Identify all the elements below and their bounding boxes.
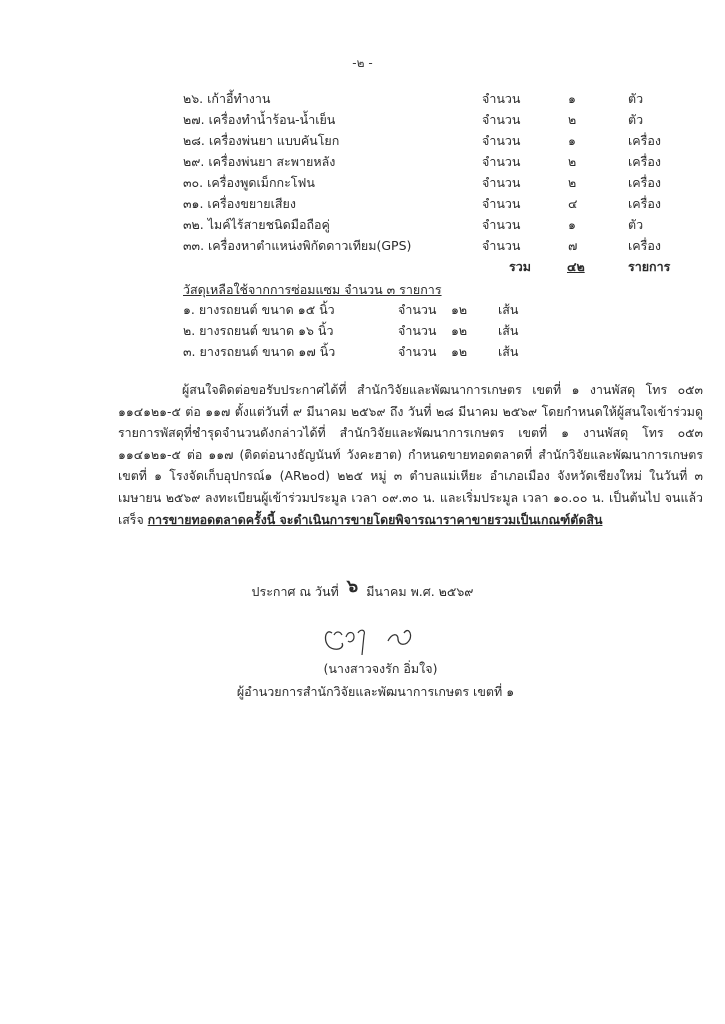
item-qty: ๒ <box>568 110 576 130</box>
item-qty-label: จำนวน <box>482 89 520 109</box>
item-unit: เครื่อง <box>628 131 661 151</box>
item-name: ๒๗. เครื่องทำน้ำร้อน-น้ำเย็น <box>183 110 335 130</box>
total-unit: รายการ <box>628 257 670 277</box>
document-page: -๒ - ๒๖. เก้าอี้ทำงาน จำนวน ๑ ตัว ๒๗. เค… <box>0 0 725 1024</box>
announce-suffix: มีนาคม พ.ศ. ๒๕๖๙ <box>366 584 473 599</box>
scrap-qty: ๑๒ <box>451 342 467 362</box>
scrap-heading: วัสดุเหลือใช้จากการซ่อมแซม จำนวน ๓ รายกา… <box>183 280 442 300</box>
signer-title: ผู้อำนวยการสำนักวิจัยและพัฒนาการเกษตร เข… <box>0 682 725 702</box>
scrap-unit: เส้น <box>498 342 518 362</box>
item-qty-label: จำนวน <box>482 152 520 172</box>
list-item: ๓. ยางรถยนต์ ขนาด ๑๗ นิ้ว จำนวน ๑๒ เส้น <box>183 342 543 362</box>
item-qty-label: จำนวน <box>482 215 520 235</box>
list-item: ๓๓. เครื่องหาตำแหน่งพิกัดดาวเทียม(GPS) จ… <box>183 236 703 256</box>
item-qty-label: จำนวน <box>482 236 520 256</box>
list-item: ๒๗. เครื่องทำน้ำร้อน-น้ำเย็น จำนวน ๒ ตัว <box>183 110 703 130</box>
page-number: -๒ - <box>0 54 725 73</box>
scrap-item-name: ๑. ยางรถยนต์ ขนาด ๑๕ นิ้ว <box>183 300 335 320</box>
item-qty: ๒ <box>568 152 576 172</box>
signature-icon <box>318 617 428 657</box>
item-qty-label: จำนวน <box>482 131 520 151</box>
item-qty: ๑ <box>568 131 576 151</box>
announce-day: ๖ <box>347 576 358 597</box>
item-qty-label: จำนวน <box>482 173 520 193</box>
item-name: ๓๐. เครื่องพูดเม็กกะโฟน <box>183 173 315 193</box>
signer-name: (นางสาวจงรัก อิ่มใจ) <box>0 659 725 679</box>
item-unit: เครื่อง <box>628 173 661 193</box>
item-qty-label: จำนวน <box>482 110 520 130</box>
item-qty: ๗ <box>568 236 577 256</box>
scrap-qty-label: จำนวน <box>398 321 436 341</box>
announce-prefix: ประกาศ ณ วันที่ <box>252 584 339 599</box>
item-qty: ๒ <box>568 173 576 193</box>
item-name: ๓๒. ไมค์ไร้สายชนิดมือถือคู่ <box>183 215 330 235</box>
list-item: ๑. ยางรถยนต์ ขนาด ๑๕ นิ้ว จำนวน ๑๒ เส้น <box>183 300 543 320</box>
scrap-qty-label: จำนวน <box>398 342 436 362</box>
item-qty: ๔ <box>568 194 577 214</box>
item-name: ๒๘. เครื่องพ่นยา แบบคันโยก <box>183 131 339 151</box>
scrap-unit: เส้น <box>498 321 518 341</box>
item-qty: ๑ <box>568 89 576 109</box>
scrap-item-name: ๓. ยางรถยนต์ ขนาด ๑๗ นิ้ว <box>183 342 335 362</box>
total-row: รวม ๔๒ รายการ <box>183 257 703 277</box>
item-qty: ๑ <box>568 215 576 235</box>
paragraph-emphasis: การขายทอดตลาดครั้งนี้ จะดำเนินการขายโดยพ… <box>148 512 603 527</box>
item-name: ๒๙. เครื่องพ่นยา สะพายหลัง <box>183 152 335 172</box>
scrap-unit: เส้น <box>498 300 518 320</box>
announcement-date-line: ประกาศ ณ วันที่ ๖ มีนาคม พ.ศ. ๒๕๖๙ <box>0 575 725 604</box>
paragraph-body: ผู้สนใจติดต่อขอรับประกาศได้ที่ สำนักวิจั… <box>118 382 703 527</box>
item-unit: ตัว <box>628 110 643 130</box>
announcement-paragraph: ผู้สนใจติดต่อขอรับประกาศได้ที่ สำนักวิจั… <box>118 379 703 530</box>
scrap-qty: ๑๒ <box>451 321 467 341</box>
total-label: รวม <box>509 257 531 277</box>
scrap-qty-label: จำนวน <box>398 300 436 320</box>
list-item: ๒. ยางรถยนต์ ขนาด ๑๖ นิ้ว จำนวน ๑๒ เส้น <box>183 321 543 341</box>
list-item: ๒๘. เครื่องพ่นยา แบบคันโยก จำนวน ๑ เครื่… <box>183 131 703 151</box>
item-unit: เครื่อง <box>628 194 661 214</box>
scrap-qty: ๑๒ <box>451 300 467 320</box>
item-qty-label: จำนวน <box>482 194 520 214</box>
list-item: ๓๑. เครื่องขยายเสียง จำนวน ๔ เครื่อง <box>183 194 703 214</box>
scrap-item-name: ๒. ยางรถยนต์ ขนาด ๑๖ นิ้ว <box>183 321 333 341</box>
item-name: ๒๖. เก้าอี้ทำงาน <box>183 89 270 109</box>
item-unit: เครื่อง <box>628 236 661 256</box>
list-item: ๓๐. เครื่องพูดเม็กกะโฟน จำนวน ๒ เครื่อง <box>183 173 703 193</box>
list-item: ๒๖. เก้าอี้ทำงาน จำนวน ๑ ตัว <box>183 89 703 109</box>
list-item: ๓๒. ไมค์ไร้สายชนิดมือถือคู่ จำนวน ๑ ตัว <box>183 215 703 235</box>
item-unit: ตัว <box>628 215 643 235</box>
total-qty: ๔๒ <box>567 257 585 277</box>
item-unit: ตัว <box>628 89 643 109</box>
item-unit: เครื่อง <box>628 152 661 172</box>
list-item: ๒๙. เครื่องพ่นยา สะพายหลัง จำนวน ๒ เครื่… <box>183 152 703 172</box>
item-name: ๓๑. เครื่องขยายเสียง <box>183 194 296 214</box>
item-name: ๓๓. เครื่องหาตำแหน่งพิกัดดาวเทียม(GPS) <box>183 236 411 256</box>
